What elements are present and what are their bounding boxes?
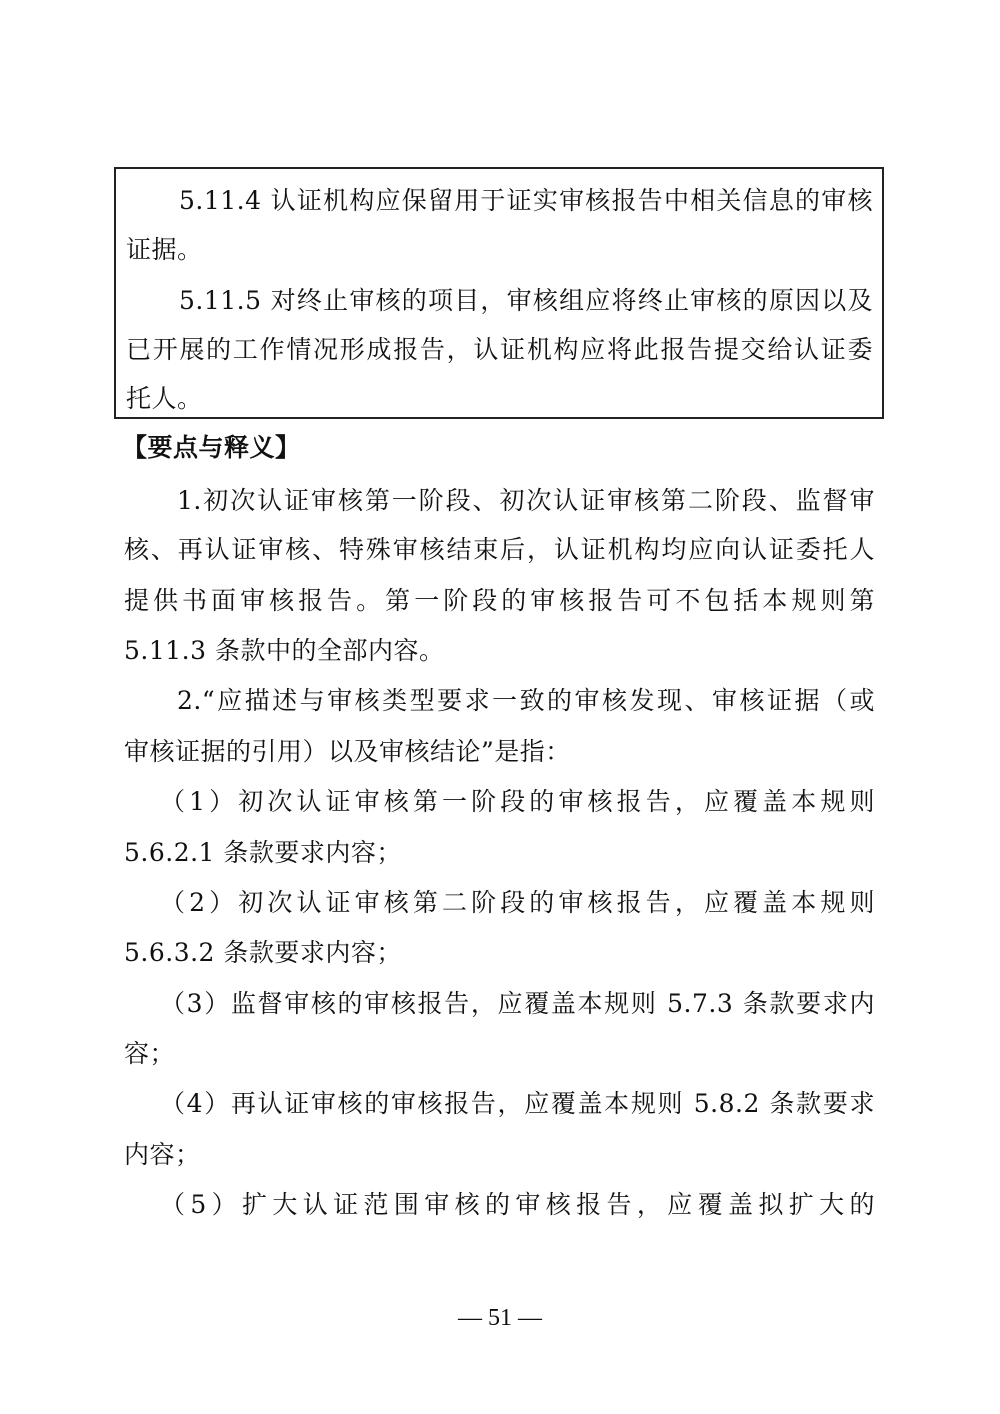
document-page: 5.11.4 认证机构应保留用于证实审核报告中相关信息的审核 证据。 5.11.… [0, 0, 1000, 1414]
item-4-line-2: 内容； [124, 1140, 201, 1170]
point-1-line-3: 提供书面审核报告。第一阶段的审核报告可不包括本规则第 [124, 586, 875, 616]
clause-5-11-4-line-2: 证据。 [126, 235, 203, 265]
section-heading: 【要点与释义】 [122, 433, 301, 463]
item-2-line-2: 5.6.3.2 条款要求内容； [124, 938, 402, 968]
item-3-line-1: （3）监督审核的审核报告，应覆盖本规则 5.7.3 条款要求内 [160, 989, 875, 1019]
clause-5-11-5-line-1: 5.11.5 对终止审核的项目，审核组应将终止审核的原因以及 [179, 286, 873, 316]
point-1-line-2: 核、再认证审核、特殊审核结束后，认证机构均应向认证委托人 [124, 535, 875, 565]
rule-text-box: 5.11.4 认证机构应保留用于证实审核报告中相关信息的审核 证据。 5.11.… [114, 167, 884, 419]
item-3-line-2: 容； [124, 1039, 175, 1069]
point-1-line-1: 1.初次认证审核第一阶段、初次认证审核第二阶段、监督审 [177, 486, 875, 516]
point-1-line-4: 5.11.3 条款中的全部内容。 [124, 636, 444, 666]
clause-5-11-5-line-3: 托人。 [126, 384, 203, 414]
page-number: — 51 — [0, 1303, 1000, 1333]
item-4-line-1: （4）再认证审核的审核报告，应覆盖本规则 5.8.2 条款要求 [160, 1089, 875, 1119]
item-1-line-1: （1）初次认证审核第一阶段的审核报告，应覆盖本规则 [160, 787, 875, 817]
item-2-line-1: （2）初次认证审核第二阶段的审核报告，应覆盖本规则 [160, 888, 875, 918]
clause-5-11-5-line-2: 已开展的工作情况形成报告，认证机构应将此报告提交给认证委 [126, 335, 873, 365]
point-2-line-1: 2.“应描述与审核类型要求一致的审核发现、审核证据（或 [177, 686, 875, 716]
item-5-line-1: （5）扩大认证范围审核的审核报告，应覆盖拟扩大的 [160, 1190, 875, 1220]
item-1-line-2: 5.6.2.1 条款要求内容； [124, 838, 402, 868]
point-2-line-2: 审核证据的引用）以及审核结论”是指： [124, 737, 571, 767]
clause-5-11-4-line-1: 5.11.4 认证机构应保留用于证实审核报告中相关信息的审核 [179, 186, 873, 216]
